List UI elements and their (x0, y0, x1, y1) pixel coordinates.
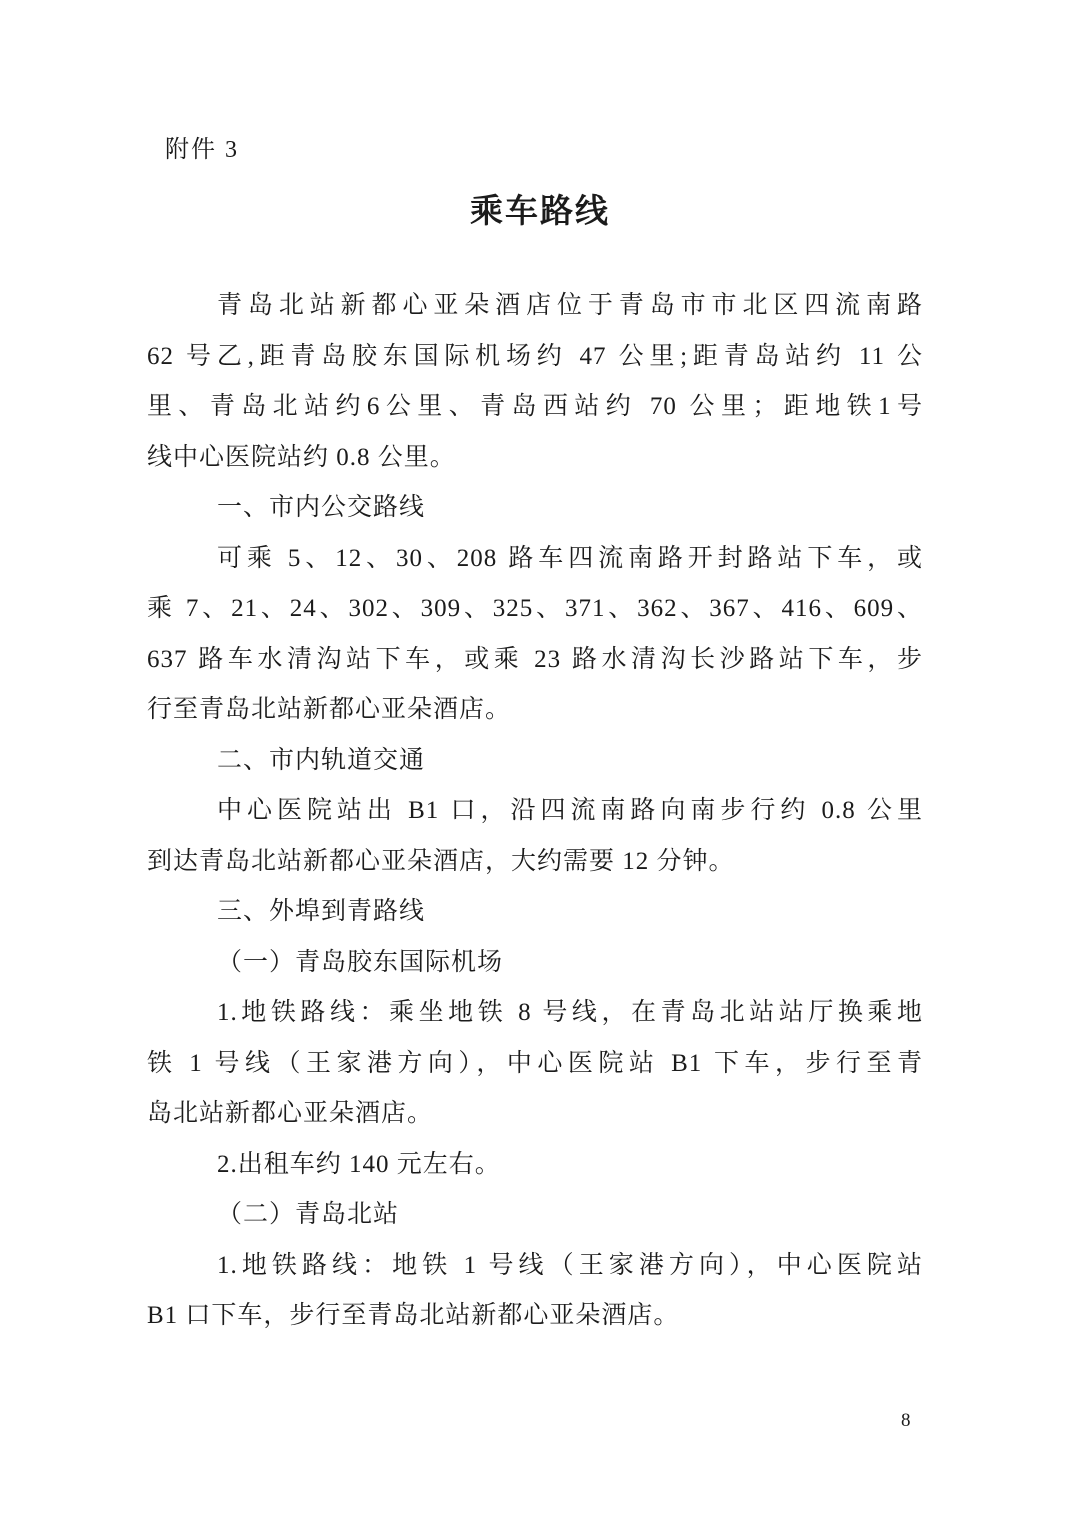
body-text-line: 里、青岛北站约6公里、青岛西站约 70 公里；距地铁1号 (147, 382, 923, 433)
body-text-line: 中心医院站出 B1 口，沿四流南路向南步行约 0.8 公里 (147, 786, 923, 837)
body-text-line: 到达青岛北站新都心亚朵酒店，大约需要 12 分钟。 (147, 837, 923, 888)
page-number: 8 (901, 1408, 911, 1434)
document-body: 青岛北站新都心亚朵酒店位于青岛市市北区四流南路62 号乙,距青岛胶东国际机场约 … (147, 281, 923, 1342)
body-text-line: 行至青岛北站新都心亚朵酒店。 (147, 685, 923, 736)
body-text-line: 线中心医院站约 0.8 公里。 (147, 433, 923, 484)
document-page: 附件 3 乘车路线 青岛北站新都心亚朵酒店位于青岛市市北区四流南路62 号乙,距… (0, 0, 1080, 1527)
body-text-line: 1.地铁路线：地铁 1 号线（王家港方向），中心医院站 (147, 1241, 923, 1292)
body-text-line: 62 号乙,距青岛胶东国际机场约 47 公里;距青岛站约 11 公 (147, 332, 923, 383)
body-text-line: （一）青岛胶东国际机场 (147, 938, 923, 989)
body-text-line: 637 路车水清沟站下车，或乘 23 路水清沟长沙路站下车，步 (147, 635, 923, 686)
body-text-line: （二）青岛北站 (147, 1190, 923, 1241)
body-text-line: 三、外埠到青路线 (147, 887, 923, 938)
body-text-line: 一、市内公交路线 (147, 483, 923, 534)
attachment-label: 附件 3 (165, 134, 239, 166)
body-text-line: 2.出租车约 140 元左右。 (147, 1140, 923, 1191)
page-title: 乘车路线 (0, 190, 1080, 232)
body-text-line: 乘 7、21、24、302、309、325、371、362、367、416、60… (147, 584, 923, 635)
body-text-line: 铁 1 号线（王家港方向），中心医院站 B1 下车，步行至青 (147, 1039, 923, 1090)
body-text-line: B1 口下车，步行至青岛北站新都心亚朵酒店。 (147, 1291, 923, 1342)
body-text-line: 二、市内轨道交通 (147, 736, 923, 787)
body-text-line: 可乘 5、12、30、208 路车四流南路开封路站下车，或 (147, 534, 923, 585)
body-text-line: 1.地铁路线：乘坐地铁 8 号线，在青岛北站站厅换乘地 (147, 988, 923, 1039)
body-text-line: 青岛北站新都心亚朵酒店位于青岛市市北区四流南路 (147, 281, 923, 332)
body-text-line: 岛北站新都心亚朵酒店。 (147, 1089, 923, 1140)
